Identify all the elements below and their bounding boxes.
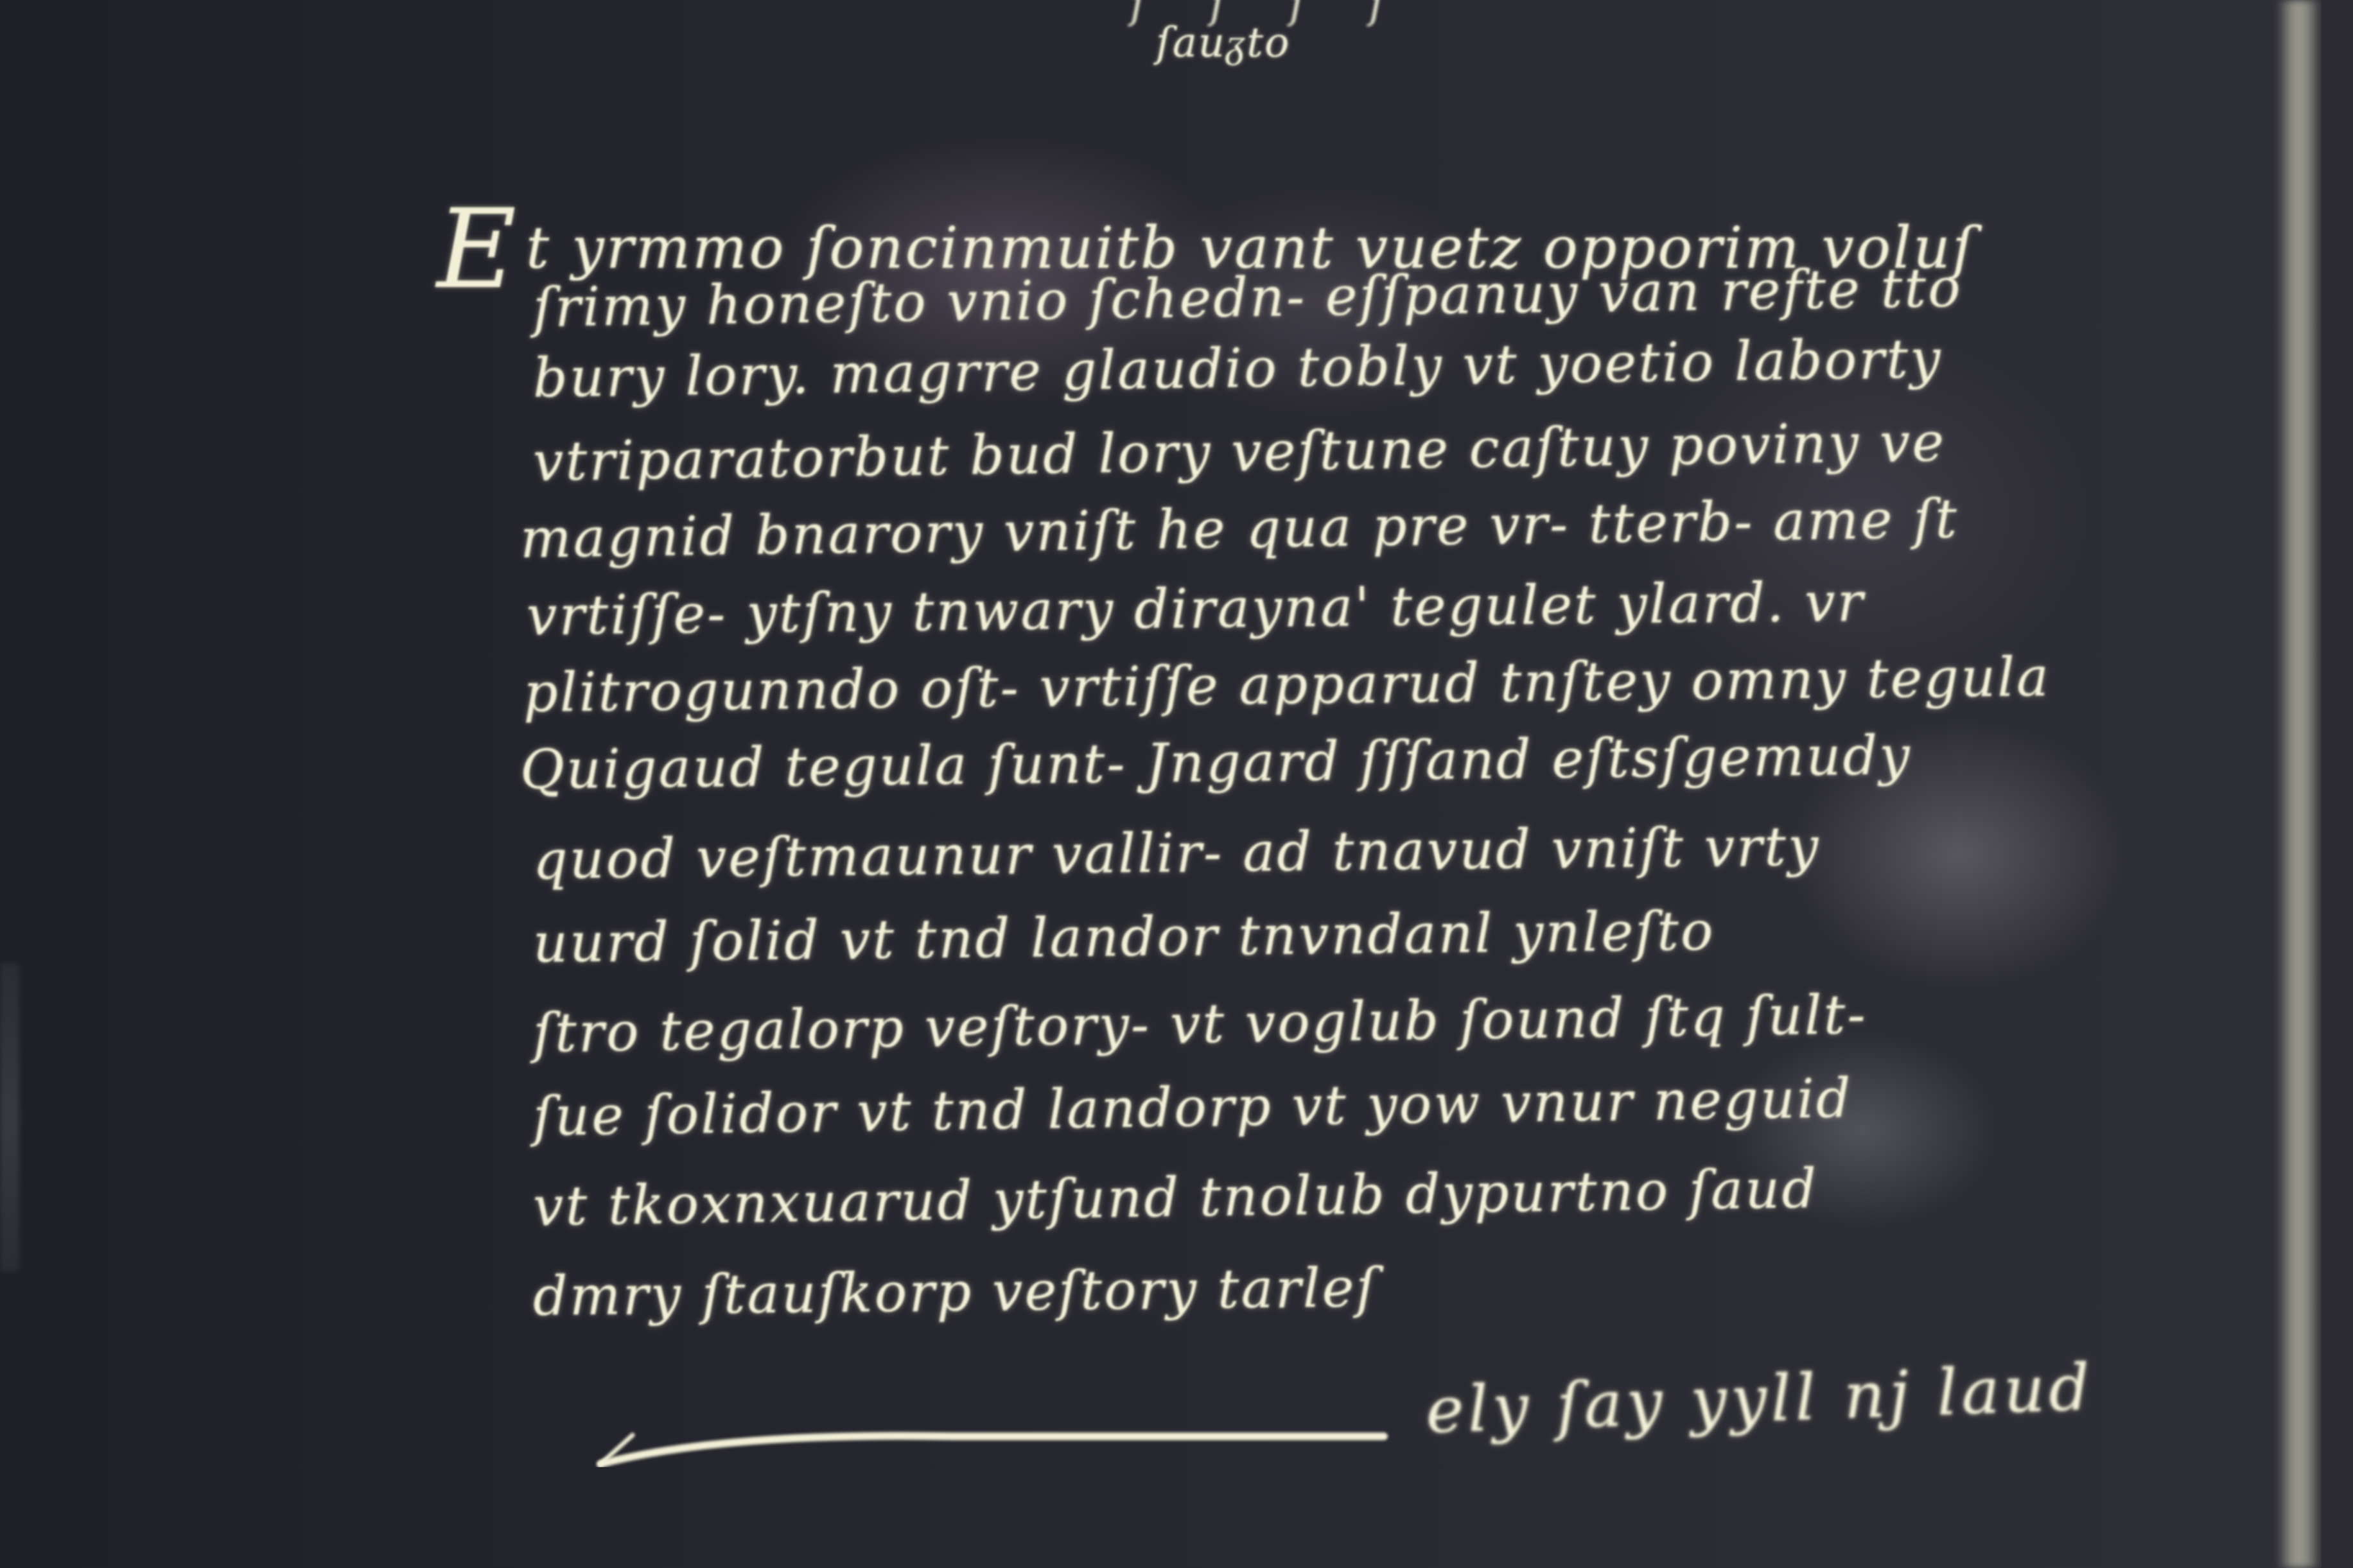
frame-edge-highlight [2277,0,2322,1568]
decorated-initial: E [437,186,518,313]
manuscript-heading: ſauᵹto [1156,19,1290,67]
manuscript-line-14: dmry ſtauſkorp veſtory tarleſ [532,1256,1378,1328]
frame-right-border [2322,0,2353,1568]
left-edge-smudge [0,963,19,1271]
manuscript-line-9: quod veſtmaunur vallir- ad tnavud vniſt … [532,815,1820,891]
manuscript-line-10: uurd ſolid vt tnd landor tnvndanl ynleſt… [532,900,1715,975]
signature-flourish-stroke [594,1429,1390,1467]
